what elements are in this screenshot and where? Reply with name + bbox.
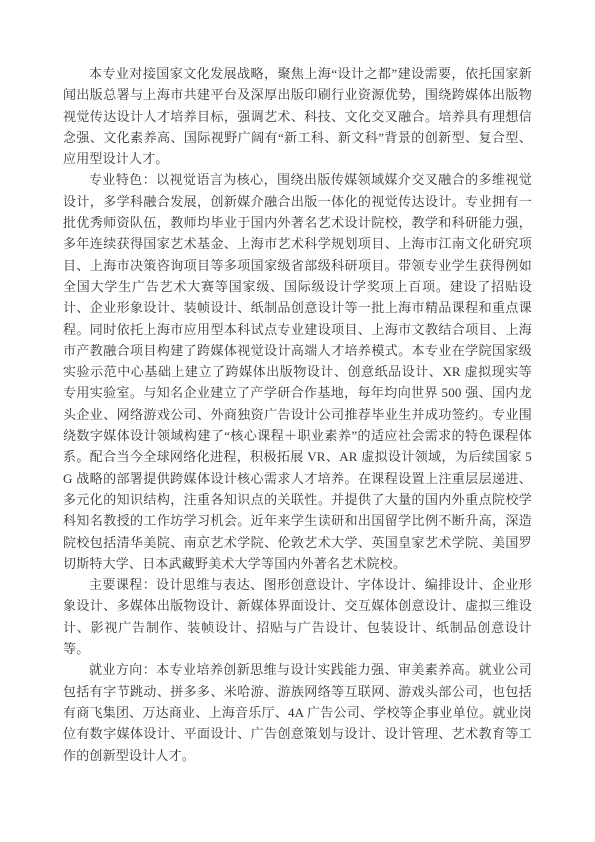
paragraph-main-courses: 主要课程：设计思维与表达、图形创意设计、字体设计、编排设计、企业形象设计、多媒体… <box>63 574 532 659</box>
document-text-block: 本专业对接国家文化发展战略，聚焦上海“设计之都”建设需要，依托国家新闻出版总署与… <box>63 63 532 766</box>
paragraph-program-overview: 本专业对接国家文化发展战略，聚焦上海“设计之都”建设需要，依托国家新闻出版总署与… <box>63 63 532 169</box>
paragraph-career-direction: 就业方向：本专业培养创新思维与设计实践能力强、审美素养高。就业公司包括有字节跳动… <box>63 659 532 765</box>
paragraph-program-features: 专业特色：以视觉语言为核心，围绕出版传媒领域媒介交叉融合的多维视觉设计，多学科融… <box>63 169 532 574</box>
document-page: 本专业对接国家文化发展战略，聚焦上海“设计之都”建设需要，依托国家新闻出版总署与… <box>0 0 595 842</box>
